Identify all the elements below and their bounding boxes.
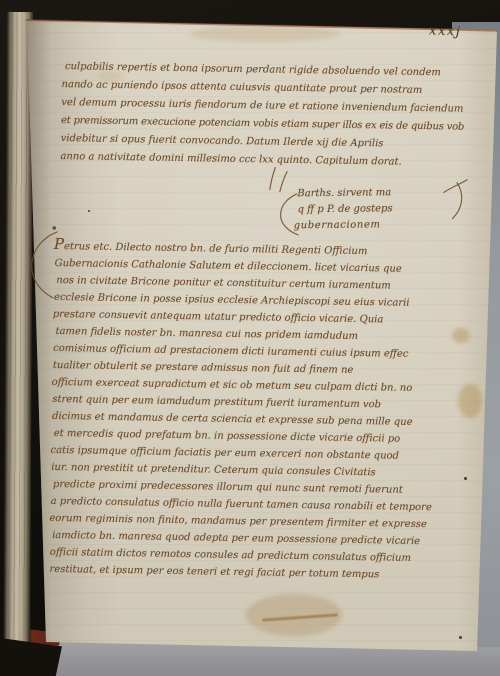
chancery-signature-note: Barths. sirvent ma q ff p P. de gosteps … [297, 185, 393, 234]
letter-paragraph: Petrus etc. Dilecto nostro bn. de furio … [49, 236, 436, 584]
manuscript-line: gubernacionem [294, 217, 393, 234]
opening-paragraph: culpabilis repertis et bona ipsorum perd… [60, 58, 465, 173]
manuscript-line: q ff p P. de gosteps [297, 201, 392, 218]
manuscript-line: Barths. sirvent ma [297, 185, 392, 202]
ink-text-layer: culpabilis repertis et bona ipsorum perd… [0, 0, 500, 676]
manuscript-photo: xxxj culpabilis repertis et bona ipsorum… [0, 0, 500, 676]
